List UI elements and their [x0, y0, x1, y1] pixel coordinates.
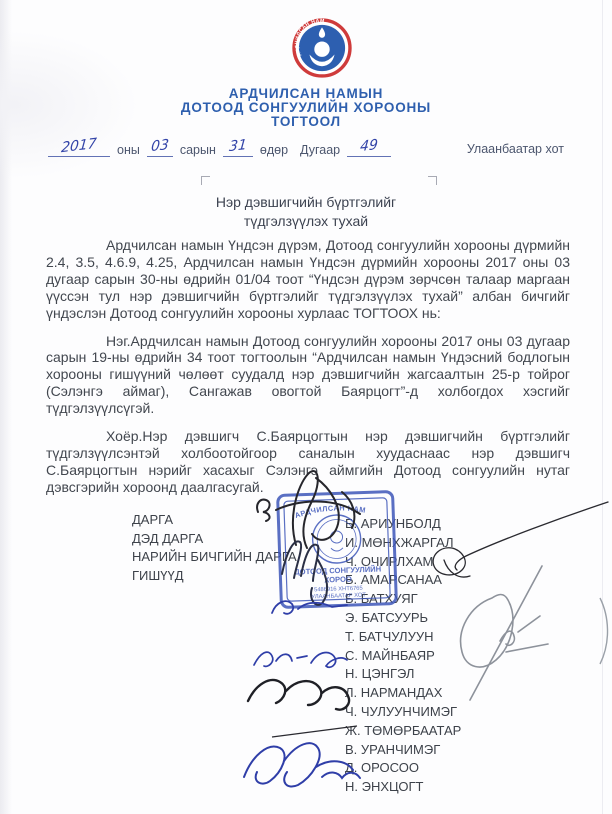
signatory-name: С. МАЙНБАЯР — [345, 647, 461, 666]
clause-two-paragraph: Хоёр.Нэр дэвшигч С.Баярцогтын нэр дэвшиг… — [46, 428, 570, 496]
signature-grey-large — [461, 566, 548, 700]
year-label: оны — [117, 143, 140, 157]
number-fields: Дугаар 49 — [300, 139, 391, 157]
subject-title: Нэр дэвшигчийн бүртгэлийг түдгэлзүүлэх т… — [0, 193, 612, 231]
handwritten-year: 2017 — [61, 137, 98, 157]
crop-mark-right — [428, 176, 437, 185]
month-field: 03 — [147, 139, 173, 157]
number-field: 49 — [347, 139, 391, 157]
clause-one-paragraph: Нэг.Ардчилсан намын Дотоод сонгуулийн хо… — [46, 333, 570, 418]
subject-line1: Нэр дэвшигчийн бүртгэлийг — [0, 193, 612, 212]
role-vice-chairman: ДЭД ДАРГА — [132, 530, 297, 549]
date-fields: 2017 оны 03 сарын 31 өдөр — [48, 139, 288, 157]
stamp-party-name: АРДЧИЛСАН НАМ — [293, 502, 367, 520]
month-label: сарын — [180, 143, 216, 157]
day-field: 31 — [223, 139, 253, 157]
dateline: 2017 оны 03 сарын 31 өдөр Дугаар 49 Улаа… — [0, 139, 612, 161]
year-field: 2017 — [48, 139, 110, 157]
signatory-name: Д. ОРОСОО — [345, 759, 461, 778]
signatory-name: Ж. ТӨМӨРБААТАР — [345, 722, 461, 741]
preamble-paragraph: Ардчилсан намын Үндсэн дүрэм, Дотоод сон… — [46, 237, 570, 322]
signatory-name: Л. НАРМАНДАХ — [345, 684, 461, 703]
handwritten-day: 31 — [228, 138, 247, 155]
day-label: өдөр — [260, 143, 288, 157]
signature-orosoo — [244, 743, 360, 786]
svg-text:АРДЧИЛСАН НАМ: АРДЧИЛСАН НАМ — [293, 502, 367, 520]
number-label: Дугаар — [300, 143, 340, 157]
signature-narmandakh — [248, 680, 349, 710]
document-body: Ардчилсан намын Үндсэн дүрэм, Дотоод сон… — [46, 237, 570, 507]
doc-type-title: ТОГТООЛ — [0, 115, 612, 129]
handwritten-month: 03 — [150, 138, 169, 155]
signatory-roles: ДАРГА ДЭД ДАРГА НАРИЙН БИЧГИЙН ДАРГА ГИШ… — [132, 511, 297, 586]
handwritten-number: 49 — [360, 138, 379, 155]
crop-mark-left — [201, 176, 210, 185]
role-chairman: ДАРГА — [132, 511, 297, 530]
democratic-party-emblem-icon: АРДЧИЛСАН НАМ — [292, 18, 352, 78]
signatory-name: Н. ЦЭНГЭЛ — [345, 665, 461, 684]
signature-mainbayar — [254, 652, 347, 667]
stamp-committee-word: ХОРОО — [324, 575, 352, 585]
subject-line2: түдгэлзүүлэх тухай — [0, 212, 612, 231]
org-name-line1: АРДЧИЛСАН НАМЫН — [0, 87, 612, 101]
role-members: ГИШҮҮД — [132, 567, 297, 586]
signatory-name: Э. БАТСУУРЬ — [345, 609, 461, 628]
signatory-name: В. УРАНЧИМЭГ — [345, 741, 461, 760]
scanned-resolution-document: АРДЧИЛСАН НАМ АРДЧИЛСАН НАМЫН ДОТООД СОН… — [0, 0, 612, 814]
signatory-name: Н. ЭНХЦОГТ — [345, 778, 461, 797]
org-name-line2: ДОТООД СОНГУУЛИЙН ХОРООНЫ — [0, 101, 612, 115]
role-secretary: НАРИЙН БИЧГИЙН ДАРГА — [132, 548, 297, 567]
official-stamp: АРДЧИЛСАН НАМ ДОТООД СОНГУУЛИЙН ХОРОО 54… — [275, 489, 399, 610]
letterhead: АРДЧИЛСАН НАМЫН ДОТООД СОНГУУЛИЙН ХОРООН… — [0, 87, 612, 129]
signatory-name: Т. БАТЧУЛУУН — [345, 628, 461, 647]
signatory-name: Ч. ЧУЛУУНЧИМЭГ — [345, 703, 461, 722]
city-label: Улаанбаатар хот — [467, 142, 564, 156]
